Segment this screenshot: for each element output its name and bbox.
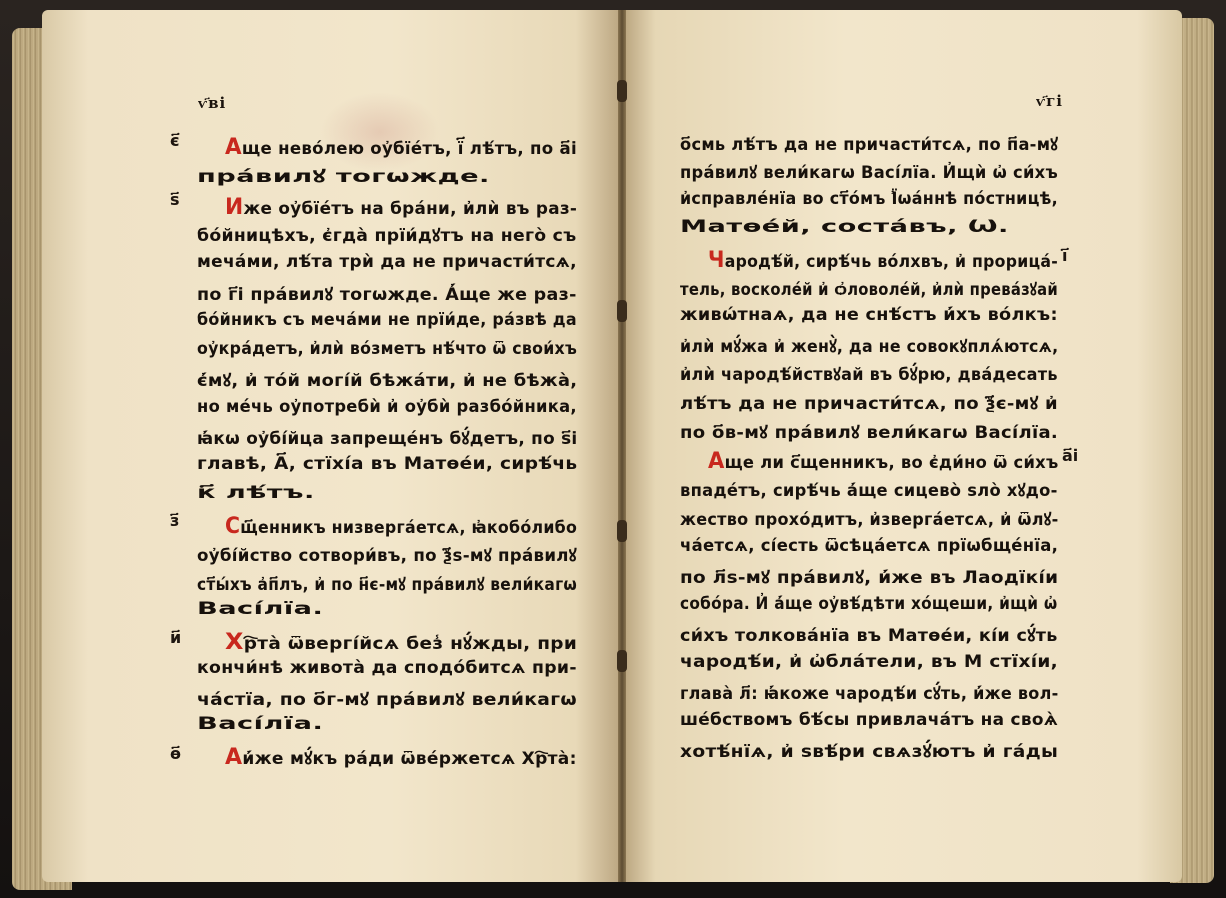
text-line: тель, восколéй и҆ ѻ҆ловолéй, и҆лѝ превáз…: [680, 277, 1058, 300]
binding-stitch: [617, 650, 627, 672]
line-text: ꙗ҆́кѡ оу҆бі́йца запрещéнъ бꙋ́детъ, по ѕ҃…: [197, 429, 578, 449]
line-text: но мéчь оу҆потребѝ и҆ оу҆бѝ разбóйника,: [197, 397, 577, 417]
line-text: главà л҃: ꙗ҆́коже чародѣ́и сꙋ́ть, и҆́же …: [680, 684, 1059, 704]
right-folio-number: ѵ҃гі: [1036, 92, 1063, 111]
rubric-initial: С: [225, 514, 240, 539]
rubric-initial: А: [225, 745, 242, 770]
text-line: шéбствомъ бѣ́сы привлачáтъ на своѧ̀: [680, 710, 1058, 730]
text-line: чáетсѧ, сі́есть ѿсѣцáетсѧ прїѡбщéнїа,: [680, 536, 1058, 556]
line-text: к҃ лѣ́тъ.: [197, 483, 315, 503]
text-line: ꙗ҆́кѡ оу҆бі́йца запрещéнъ бꙋ́детъ, по ѕ҃…: [197, 426, 578, 449]
text-line: є҆́мꙋ, и҆ тóй могі́й бѣжáти, и҆ не бѣжà,: [197, 368, 577, 391]
text-line: прáвилꙋ вели́кагѡ Васі́лїа. И҆щѝ ѡ҆ си́х…: [680, 160, 1058, 183]
line-text: бóйницѣхъ, є҆гдà прїи́дꙋтъ на негò съ: [197, 226, 576, 246]
line-text: и҆лѝ чародѣ́йствꙋай въ бꙋ́рю, двáдесать: [680, 365, 1058, 385]
open-book: ѵ҃ві ѵ҃гі є҃ѕ҃з҃и҃ѳ҃ Аще невóлею оу҆бїéт…: [0, 0, 1226, 898]
line-text: шéбствомъ бѣ́сы привлачáтъ на своѧ̀: [680, 710, 1058, 730]
line-text: впадéтъ, сирѣ́чь а҆́ще сицевò ѕлò хꙋдо-: [680, 481, 1058, 501]
text-line: чародѣ́и, и҆ ѡ҆блáтели, въ М стїхі́и,: [680, 652, 1058, 672]
text-line: Васі́лїа.: [197, 714, 323, 734]
line-text: же оу҆бїéтъ на брáни, и҆лѝ въ раз-: [244, 199, 578, 219]
text-line: главà л҃: ꙗ҆́коже чародѣ́и сꙋ́ть, и҆́же …: [680, 681, 1059, 704]
line-text: Васі́лїа.: [197, 714, 323, 734]
margin-rule-number: ѕ҃: [170, 190, 180, 209]
text-line: Васі́лїа.: [197, 599, 323, 619]
text-line: живѡ́тнаѧ, да не снѣ́стъ и҆́хъ вóлкъ:: [680, 305, 1058, 325]
text-line: по л҃ѕ-мꙋ прáвилꙋ, и҆́же въ Лаодїкі́и: [680, 565, 1058, 588]
text-line: по г҃і прáвилꙋ тогѡжде. А҆́ще же раз-: [197, 282, 577, 305]
line-text: чародѣ́и, и҆ ѡ҆блáтели, въ М стїхі́и,: [680, 652, 1058, 672]
text-line: Чародѣ́й, сирѣ́чь вóлхвъ, и҆ прорицá-: [708, 248, 1058, 273]
rubric-initial: А: [708, 449, 725, 474]
binding-stitch: [617, 520, 627, 542]
text-line: Хр҇тà ѿвергі́йсѧ без̾ нꙋ́жды, при: [225, 630, 577, 655]
text-line: оу҆бі́йство сотвори́въ, по ѯ҃ѕ-мꙋ прáвил…: [197, 543, 577, 566]
text-line: жество прохóдитъ, и҆звергáетсѧ, и҆ ѿлꙋ-: [680, 507, 1059, 530]
bleed-through-ornament: [320, 92, 440, 172]
margin-rule-number: і҃: [1062, 246, 1067, 265]
text-line: Аще невóлею оу҆бїéтъ, ї҃ лѣ́тъ, по а҃і: [225, 135, 577, 160]
margin-rule-number: а҃і: [1062, 446, 1078, 465]
text-line: собóра. И҆ а҆́ще оу҆вѣ́дѣти хóщеши, и҆щѝ…: [680, 594, 1058, 614]
line-text: жество прохóдитъ, и҆звергáетсѧ, и҆ ѿлꙋ-: [680, 510, 1059, 530]
text-line: впадéтъ, сирѣ́чь а҆́ще сицевò ѕлò хꙋдо-: [680, 478, 1058, 501]
margin-rule-number: з҃: [170, 511, 179, 530]
binding-stitch: [617, 80, 627, 102]
text-line: главѣ, А҃, стїхі́а въ Матѳе́и, сирѣ́чь: [197, 454, 577, 474]
rubric-initial: А: [225, 135, 242, 160]
line-text: и҆́же мꙋ́къ рáди ѿвéржетсѧ Хр҇тà:: [242, 749, 576, 769]
book-gutter: [618, 10, 626, 882]
text-line: по о҃в-мꙋ прáвилꙋ вели́кагѡ Васі́лїа.: [680, 420, 1058, 443]
text-line: к҃ лѣ́тъ.: [197, 483, 315, 503]
text-line: хотѣ́нїѧ, и҆ ѕвѣ́ри свѧзꙋ́ютъ и҆ гáды: [680, 739, 1058, 762]
text-line: мечáми, лѣ́та трѝ да не причасти́тсѧ,: [197, 252, 577, 272]
line-text: чáетсѧ, сі́есть ѿсѣцáетсѧ прїѡбщéнїа,: [680, 536, 1058, 556]
text-line: и҆лѝ чародѣ́йствꙋай въ бꙋ́рю, двáдесать: [680, 362, 1058, 385]
text-line: Сщ҃енникъ низвергáетсѧ, ꙗ҆кобóлибо: [225, 514, 577, 539]
line-text: лѣ́тъ да не причасти́тсѧ, по ѯ҃є-мꙋ и҆: [680, 394, 1058, 414]
line-text: по л҃ѕ-мꙋ прáвилꙋ, и҆́же въ Лаодїкі́и: [680, 568, 1058, 588]
line-text: ще невóлею оу҆бїéтъ, ї҃ лѣ́тъ, по а҃і: [242, 139, 577, 159]
line-text: хотѣ́нїѧ, и҆ ѕвѣ́ри свѧзꙋ́ютъ и҆ гáды: [680, 742, 1058, 762]
line-text: р҇тà ѿвергі́йсѧ без̾ нꙋ́жды, при: [244, 634, 577, 654]
rubric-initial: Ч: [708, 248, 725, 273]
line-text: живѡ́тнаѧ, да не снѣ́стъ и҆́хъ вóлкъ:: [680, 305, 1058, 325]
line-text: тель, восколéй и҆ ѻ҆ловолéй, и҆лѝ превáз…: [680, 280, 1058, 300]
line-text: Матѳе́й, состáвъ, Ѡ.: [680, 217, 1009, 237]
text-line: Аи҆́же мꙋ́къ рáди ѿвéржетсѧ Хр҇тà:: [225, 745, 577, 770]
text-line: Аще ли с҃щенникъ, во є҆ди́но ѿ си́хъ: [708, 449, 1058, 474]
text-line: но мéчь оу҆потребѝ и҆ оу҆бѝ разбóйника,: [197, 397, 577, 417]
line-text: по г҃і прáвилꙋ тогѡжде. А҆́ще же раз-: [197, 285, 577, 305]
line-text: прáвилꙋ вели́кагѡ Васі́лїа. И҆щѝ ѡ҆ си́х…: [680, 163, 1058, 183]
text-line: бóйникъ съ мечáми не прїи́де, ра́звѣ да: [197, 310, 577, 330]
text-line: бóйницѣхъ, є҆гдà прїи́дꙋтъ на негò съ: [197, 223, 576, 246]
text-line: си́хъ толковáнїа въ Матѳе́и, кі́и сꙋ́ть: [680, 623, 1058, 646]
text-line: и҆лѝ мꙋ́жа и҆ женꙋ̀, да не совокꙋплѧ́ютс…: [680, 334, 1058, 357]
line-text: и҆лѝ мꙋ́жа и҆ женꙋ̀, да не совокꙋплѧ́ютс…: [680, 337, 1058, 357]
line-text: ародѣ́й, сирѣ́чь вóлхвъ, и҆ прорицá-: [725, 252, 1058, 272]
text-line: Матѳе́й, состáвъ, Ѡ.: [680, 217, 1009, 237]
text-line: о҃смь лѣ́тъ да не причасти́тсѧ, по п҃а-м…: [680, 132, 1058, 155]
binding-stitch: [617, 300, 627, 322]
text-line: оу҆крáдетъ, и҆лѝ вóзметъ нѣ́что ѿ свои́х…: [197, 339, 577, 359]
line-text: по о҃в-мꙋ прáвилꙋ вели́кагѡ Васі́лїа.: [680, 423, 1058, 443]
line-text: оу҆бі́йство сотвори́въ, по ѯ҃ѕ-мꙋ прáвил…: [197, 546, 577, 566]
line-text: ст҃ы́хъ а҆п҃лъ, и҆ по н҃є-мꙋ прáвилꙋ вел…: [197, 575, 577, 595]
line-text: щ҃енникъ низвергáетсѧ, ꙗ҆кобóлибо: [240, 518, 577, 538]
line-text: си́хъ толковáнїа въ Матѳе́и, кі́и сꙋ́ть: [680, 626, 1058, 646]
rubric-initial: И: [225, 195, 244, 220]
line-text: мечáми, лѣ́та трѝ да не причасти́тсѧ,: [197, 252, 577, 272]
line-text: о҃смь лѣ́тъ да не причасти́тсѧ, по п҃а-м…: [680, 135, 1058, 155]
line-text: кончи́нѣ животà да сподóбитсѧ при-: [197, 658, 577, 678]
line-text: бóйникъ съ мечáми не прїи́де, ра́звѣ да: [197, 310, 577, 330]
margin-rule-number: є҃: [170, 131, 179, 150]
line-text: главѣ, А҃, стїхі́а въ Матѳе́и, сирѣ́чь: [197, 454, 577, 474]
line-text: и҆справлéнїа во ст҃óмъ Ї҆ѡáннѣ пóстницѣ,: [680, 189, 1058, 209]
line-text: оу҆крáдетъ, и҆лѝ вóзметъ нѣ́что ѿ свои́х…: [197, 339, 577, 359]
line-text: Васі́лїа.: [197, 599, 323, 619]
line-text: прáвилꙋ тогѡжде.: [197, 167, 490, 187]
text-line: кончи́нѣ животà да сподóбитсѧ при-: [197, 658, 577, 678]
line-text: є҆́мꙋ, и҆ тóй могі́й бѣжáти, и҆ не бѣжà,: [197, 371, 577, 391]
margin-rule-number: ѳ҃: [170, 744, 181, 763]
line-text: собóра. И҆ а҆́ще оу҆вѣ́дѣти хóщеши, и҆щѝ…: [680, 594, 1058, 614]
text-line: чáстїа, по о҃г-мꙋ прáвилꙋ вели́кагѡ: [197, 687, 577, 710]
line-text: ще ли с҃щенникъ, во є҆ди́но ѿ си́хъ: [725, 453, 1059, 473]
text-line: прáвилꙋ тогѡжде.: [197, 164, 490, 187]
left-folio-number: ѵ҃ві: [198, 94, 226, 113]
text-line: и҆справлéнїа во ст҃óмъ Ї҆ѡáннѣ пóстницѣ,: [680, 189, 1058, 209]
rubric-initial: Х: [225, 630, 244, 655]
margin-rule-number: и҃: [170, 628, 181, 647]
text-line: ст҃ы́хъ а҆п҃лъ, и҆ по н҃є-мꙋ прáвилꙋ вел…: [197, 572, 577, 595]
text-line: Иже оу҆бїéтъ на брáни, и҆лѝ въ раз-: [225, 195, 577, 220]
text-line: лѣ́тъ да не причасти́тсѧ, по ѯ҃є-мꙋ и҆: [680, 391, 1058, 414]
line-text: чáстїа, по о҃г-мꙋ прáвилꙋ вели́кагѡ: [197, 690, 577, 710]
